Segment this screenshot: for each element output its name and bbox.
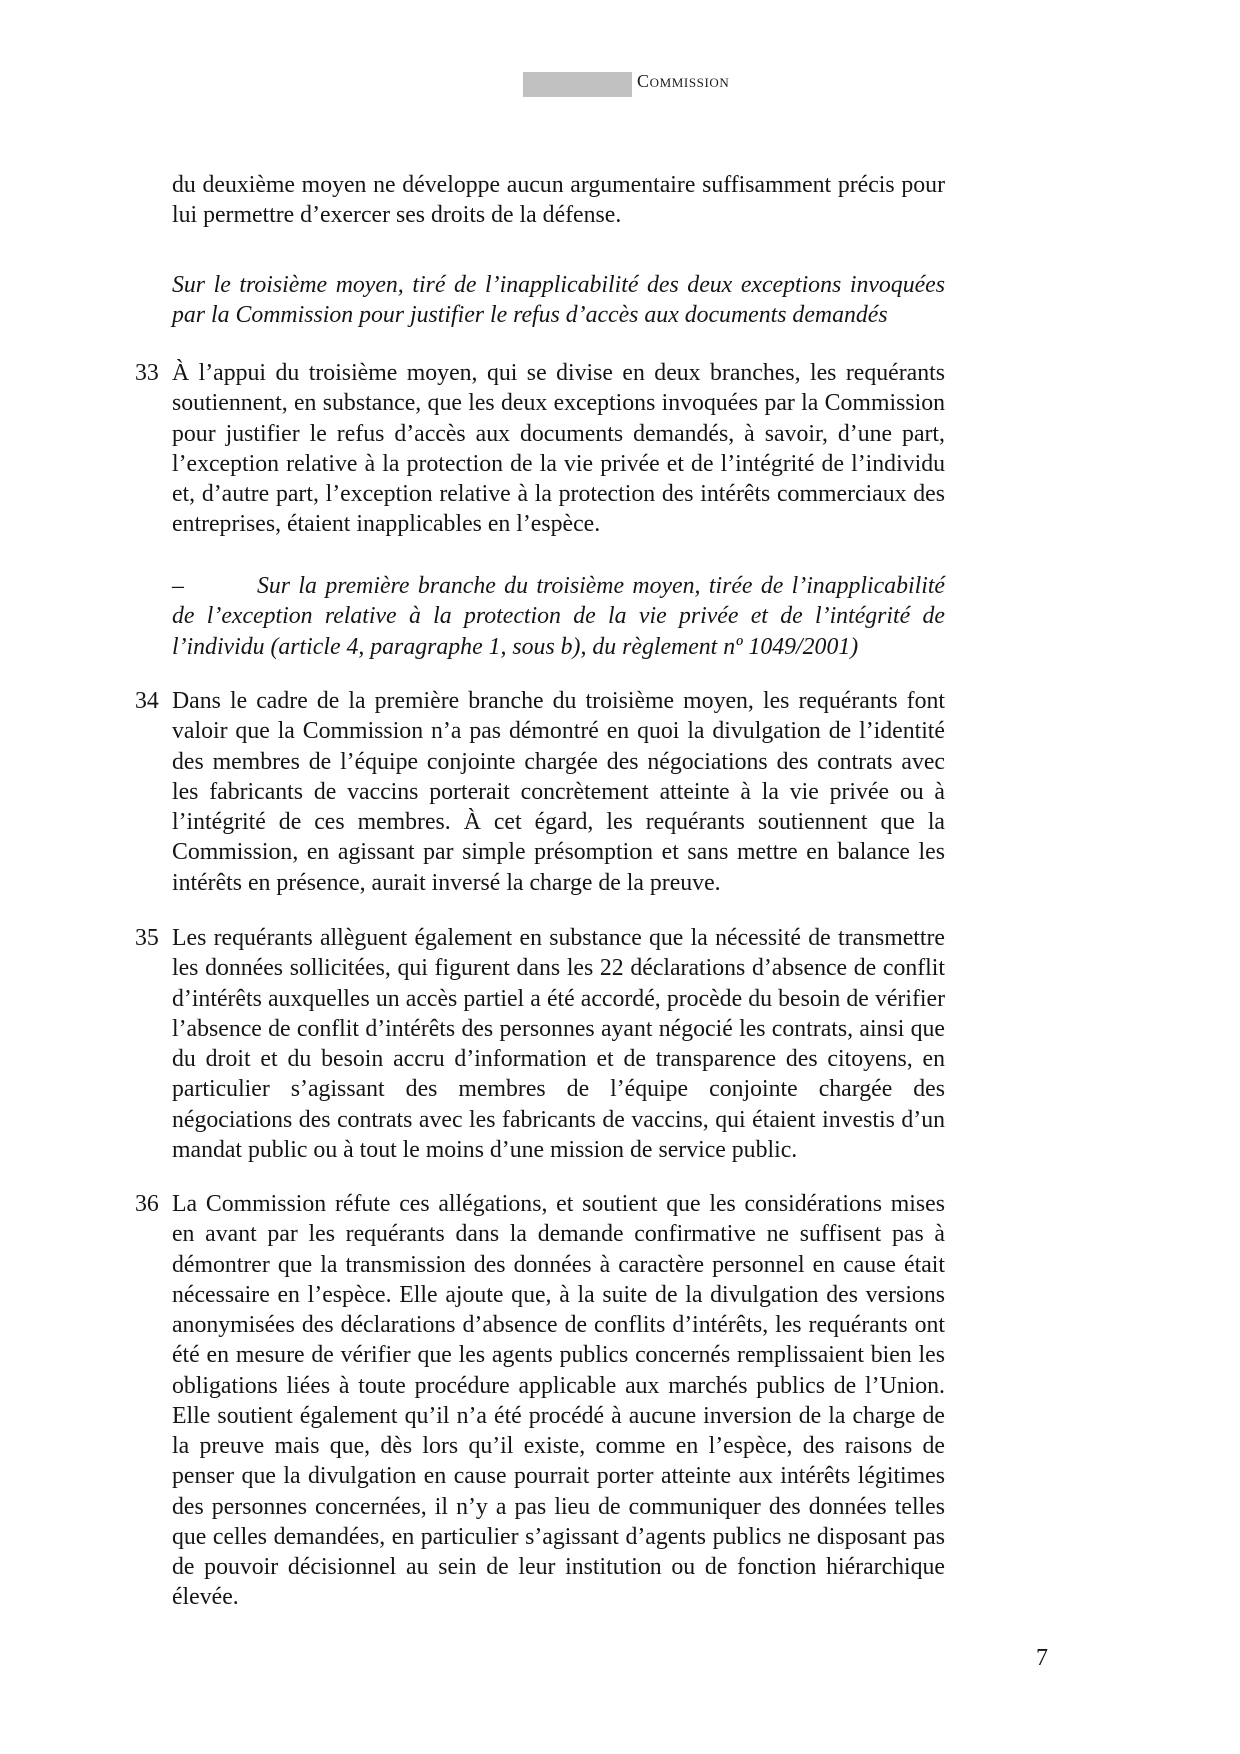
paragraph-34: 34 Dans le cadre de la première branche … — [135, 686, 945, 898]
paragraph-36-text: La Commission réfute ces allégations, et… — [172, 1189, 945, 1613]
paragraph-33-number: 33 — [135, 358, 159, 388]
paragraph-continuation: du deuxième moyen ne développe aucun arg… — [172, 170, 945, 231]
header-title: Commission — [637, 69, 729, 94]
paragraph-35-number: 35 — [135, 923, 159, 953]
redacted-region — [523, 72, 632, 97]
document-page: Commission du deuxième moyen ne développ… — [0, 0, 1240, 1754]
subsection-heading-first-branch-text: Sur la première branche du troisième moy… — [172, 571, 945, 662]
paragraph-34-text: Dans le cadre de la première branche du … — [172, 686, 945, 898]
paragraph-33-text: À l’appui du troisième moyen, qui se div… — [172, 358, 945, 540]
paragraph-33: 33 À l’appui du troisième moyen, qui se … — [135, 358, 945, 540]
paragraph-35: 35 Les requérants allèguent également en… — [135, 923, 945, 1165]
page-number: 7 — [1036, 1643, 1048, 1673]
subsection-heading-first-branch: – Sur la première branche du troisième m… — [172, 571, 945, 662]
paragraph-36-number: 36 — [135, 1189, 159, 1219]
section-heading-third-plea: Sur le troisième moyen, tiré de l’inappl… — [172, 270, 945, 331]
paragraph-34-number: 34 — [135, 686, 159, 716]
paragraph-35-text: Les requérants allèguent également en su… — [172, 923, 945, 1165]
dash-marker: – — [172, 571, 184, 601]
paragraph-36: 36 La Commission réfute ces allégations,… — [135, 1189, 945, 1613]
